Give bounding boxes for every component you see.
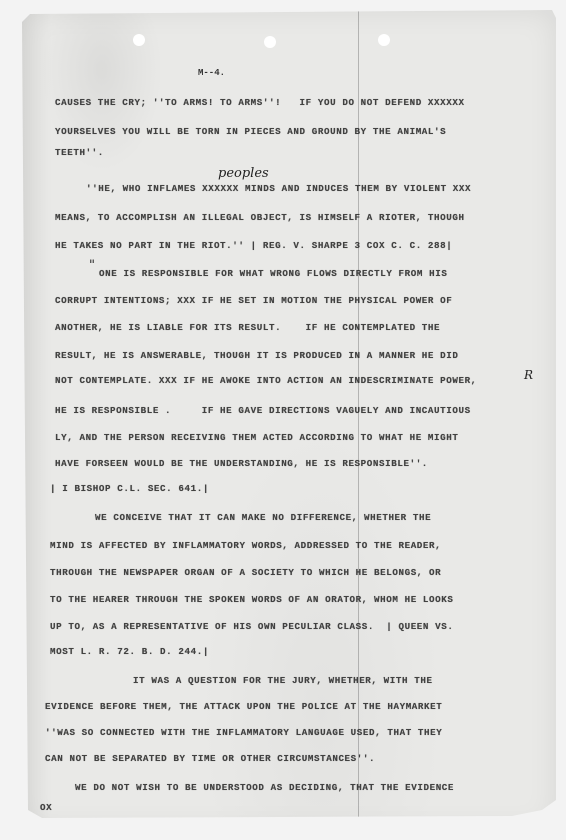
margin-mark: R	[524, 368, 533, 382]
text-line: ''HE, WHO INFLAMES XXXXXX MINDS AND INDU…	[86, 183, 471, 194]
punch-hole	[133, 34, 145, 46]
text-line: ANOTHER, HE IS LIABLE FOR ITS RESULT. IF…	[55, 322, 440, 333]
punch-hole	[378, 34, 390, 46]
text-line: MEANS, TO ACCOMPLISH AN ILLEGAL OBJECT, …	[55, 212, 465, 223]
text-line: OX	[40, 802, 52, 813]
text-line: HE IS RESPONSIBLE . IF HE GAVE DIRECTION…	[55, 405, 471, 416]
text-line: | I BISHOP C.L. SEC. 641.|	[50, 483, 209, 494]
text-line: CAUSES THE CRY; ''TO ARMS! TO ARMS''! IF…	[55, 97, 465, 108]
text-line: YOURSELVES YOU WILL BE TORN IN PIECES AN…	[55, 126, 446, 137]
text-line: MOST L. R. 72. B. D. 244.|	[50, 646, 209, 657]
handwritten-insert: peoples	[218, 166, 269, 181]
text-line: CORRUPT INTENTIONS; XXX IF HE SET IN MOT…	[55, 295, 452, 306]
text-line: HE TAKES NO PART IN THE RIOT.'' | REG. V…	[55, 240, 452, 251]
text-line: EVIDENCE BEFORE THEM, THE ATTACK UPON TH…	[45, 701, 442, 712]
text-line: UP TO, AS A REPRESENTATIVE OF HIS OWN PE…	[50, 621, 453, 632]
text-line: WE CONCEIVE THAT IT CAN MAKE NO DIFFEREN…	[95, 512, 431, 523]
handwritten-quote-mark: "	[89, 258, 95, 273]
text-line: CAN NOT BE SEPARATED BY TIME OR OTHER CI…	[45, 753, 375, 764]
text-line: TEETH''.	[55, 147, 104, 158]
page-number: M--4.	[198, 68, 225, 78]
text-line: IT WAS A QUESTION FOR THE JURY, WHETHER,…	[133, 675, 433, 686]
text-line: NOT CONTEMPLATE. XXX IF HE AWOKE INTO AC…	[55, 375, 477, 386]
text-line: HAVE FORSEEN WOULD BE THE UNDERSTANDING,…	[55, 458, 428, 469]
text-line: TO THE HEARER THROUGH THE SPOKEN WORDS O…	[50, 594, 453, 605]
text-line: ''WAS SO CONNECTED WITH THE INFLAMMATORY…	[45, 727, 442, 738]
text-line: THROUGH THE NEWSPAPER ORGAN OF A SOCIETY…	[50, 567, 441, 578]
text-line: WE DO NOT WISH TO BE UNDERSTOOD AS DECID…	[75, 782, 454, 793]
text-line: RESULT, HE IS ANSWERABLE, THOUGH IT IS P…	[55, 350, 458, 361]
text-line: ONE IS RESPONSIBLE FOR WHAT WRONG FLOWS …	[99, 268, 447, 279]
text-line: LY, AND THE PERSON RECEIVING THEM ACTED …	[55, 432, 458, 443]
punch-hole	[264, 36, 276, 48]
text-line: MIND IS AFFECTED BY INFLAMMATORY WORDS, …	[50, 540, 441, 551]
